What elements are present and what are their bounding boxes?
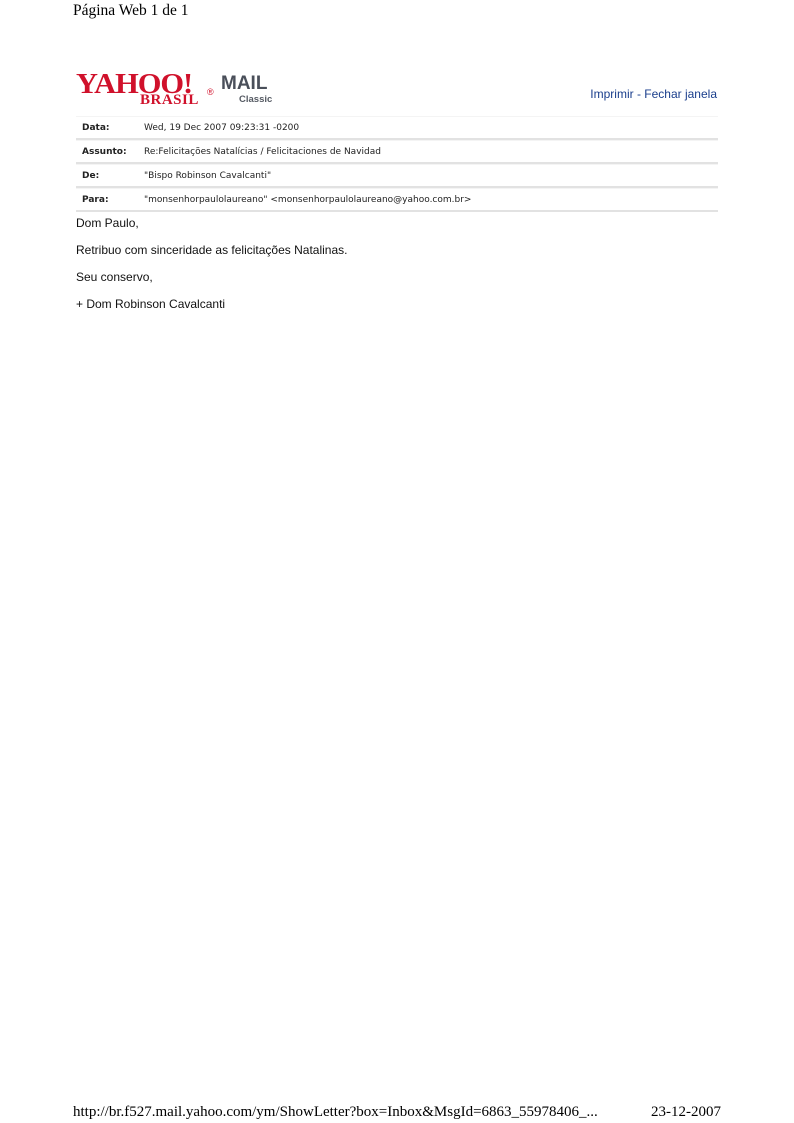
header-value: "Bispo Robinson Cavalcanti" bbox=[144, 171, 718, 181]
logo-edition: Classic bbox=[239, 94, 272, 105]
logo-region: BRASIL bbox=[140, 92, 199, 109]
header-value: Re:Felicitações Natalícias / Felicitacio… bbox=[144, 147, 718, 157]
header-value: "monsenhorpaulolaureano" <monsenhorpaulo… bbox=[144, 195, 718, 205]
header-value: Wed, 19 Dec 2007 09:23:31 -0200 bbox=[144, 123, 718, 133]
close-window-link[interactable]: Fechar janela bbox=[644, 87, 717, 101]
actions-separator: - bbox=[634, 87, 645, 101]
logo-product: MAIL bbox=[221, 73, 267, 95]
registered-mark: ® bbox=[207, 87, 214, 97]
header-label: Para: bbox=[76, 195, 144, 205]
print-page-header: Página Web 1 de 1 bbox=[73, 2, 189, 20]
message-actions: Imprimir - Fechar janela bbox=[590, 87, 717, 101]
print-footer-url: http://br.f527.mail.yahoo.com/ym/ShowLet… bbox=[73, 1104, 598, 1121]
message-body: Dom Paulo, Retribuo com sinceridade as f… bbox=[76, 216, 347, 324]
header-row-from: De: "Bispo Robinson Cavalcanti" bbox=[76, 164, 718, 188]
body-line: Seu conservo, bbox=[76, 270, 347, 284]
header-row-subject: Assunto: Re:Felicitações Natalícias / Fe… bbox=[76, 140, 718, 164]
print-link[interactable]: Imprimir bbox=[590, 87, 633, 101]
yahoo-mail-logo: YAHOO! ® BRASIL MAIL Classic bbox=[76, 70, 286, 110]
header-row-date: Data: Wed, 19 Dec 2007 09:23:31 -0200 bbox=[76, 116, 718, 140]
body-line: + Dom Robinson Cavalcanti bbox=[76, 297, 347, 311]
header-label: Assunto: bbox=[76, 147, 144, 157]
print-footer-date: 23-12-2007 bbox=[651, 1104, 721, 1121]
body-line: Retribuo com sinceridade as felicitações… bbox=[76, 243, 347, 257]
header-row-to: Para: "monsenhorpaulolaureano" <monsenho… bbox=[76, 188, 718, 212]
header-label: Data: bbox=[76, 123, 144, 133]
header-label: De: bbox=[76, 171, 144, 181]
message-headers: Data: Wed, 19 Dec 2007 09:23:31 -0200 As… bbox=[76, 116, 718, 212]
body-line: Dom Paulo, bbox=[76, 216, 347, 230]
